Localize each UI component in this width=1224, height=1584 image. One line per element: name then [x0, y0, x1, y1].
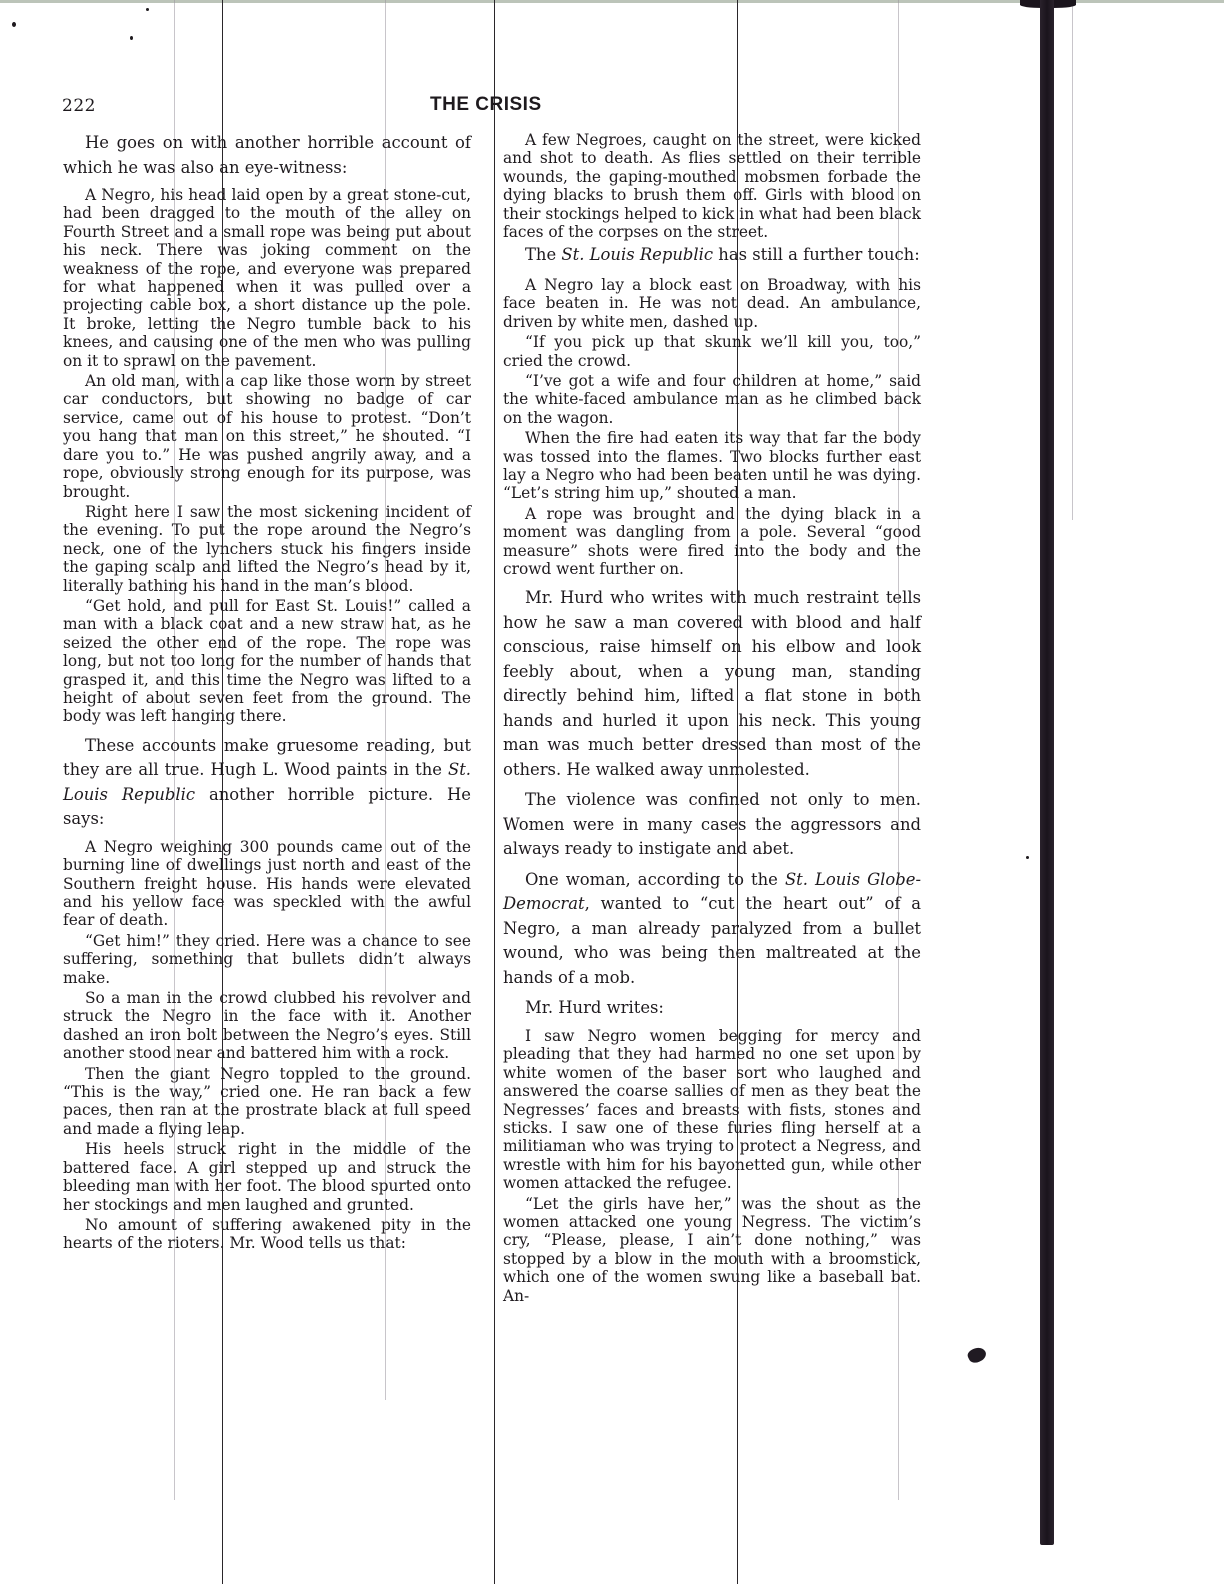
ink-speck	[12, 22, 16, 27]
block-quote: Right here I saw the most sickening inci…	[63, 503, 471, 595]
block-quote: When the fire had eaten its way that far…	[503, 429, 921, 503]
page-number: 222	[62, 96, 96, 116]
ink-smudge	[966, 1345, 988, 1365]
paragraph: Mr. Hurd writes:	[503, 996, 921, 1021]
paragraph-text: has still a further touch:	[713, 245, 920, 264]
block-quote: A few Negroes, caught on the street, wer…	[503, 131, 921, 241]
block-quote: “Get hold, and pull for East St. Louis!”…	[63, 597, 471, 726]
left-column: He goes on with another horrible account…	[63, 131, 471, 1255]
block-quote: No amount of suffering awakened pity in …	[63, 1216, 471, 1253]
scan-line-artifact	[494, 0, 495, 1584]
ink-speck	[146, 8, 149, 11]
paragraph-text: These accounts make gruesome reading, bu…	[63, 736, 471, 780]
block-quote: “If you pick up that skunk we’ll kill yo…	[503, 333, 921, 370]
publication-title: St. Louis Republic	[561, 245, 713, 264]
right-column: A few Negroes, caught on the street, wer…	[503, 131, 921, 1307]
block-quote: “I’ve got a wife and four children at ho…	[503, 372, 921, 427]
paragraph: These accounts make gruesome reading, bu…	[63, 734, 471, 832]
paragraph: One woman, according to the St. Louis Gl…	[503, 868, 921, 991]
paragraph: Mr. Hurd who writes with much restraint …	[503, 586, 921, 782]
ink-speck	[130, 36, 133, 40]
block-quote: A rope was brought and the dying black i…	[503, 505, 921, 579]
block-quote: I saw Negro women begging for mercy and …	[503, 1027, 921, 1193]
block-quote: So a man in the crowd clubbed his revolv…	[63, 989, 471, 1063]
block-quote: “Get him!” they cried. Here was a chance…	[63, 932, 471, 987]
paragraph: The violence was confined not only to me…	[503, 788, 921, 862]
paragraph: He goes on with another horrible account…	[63, 131, 471, 180]
paragraph-text: The	[525, 245, 561, 264]
binding-shadow-bar	[1040, 0, 1054, 1545]
block-quote: Then the giant Negro toppled to the grou…	[63, 1065, 471, 1139]
paragraph: The St. Louis Republic has still a furth…	[503, 243, 921, 268]
scan-line-artifact	[1072, 0, 1073, 520]
ink-speck	[1026, 856, 1029, 859]
block-quote: A Negro, his head laid open by a great s…	[63, 186, 471, 370]
block-quote: A Negro lay a block east on Broadway, wi…	[503, 276, 921, 331]
block-quote: An old man, with a cap like those worn b…	[63, 372, 471, 501]
running-head: THE CRISIS	[430, 94, 542, 116]
block-quote: “Let the girls have her,” was the shout …	[503, 1195, 921, 1305]
block-quote: A Negro weighing 300 pounds came out of …	[63, 838, 471, 930]
paragraph-text: One woman, according to the	[525, 870, 785, 889]
block-quote: His heels struck right in the middle of …	[63, 1140, 471, 1214]
